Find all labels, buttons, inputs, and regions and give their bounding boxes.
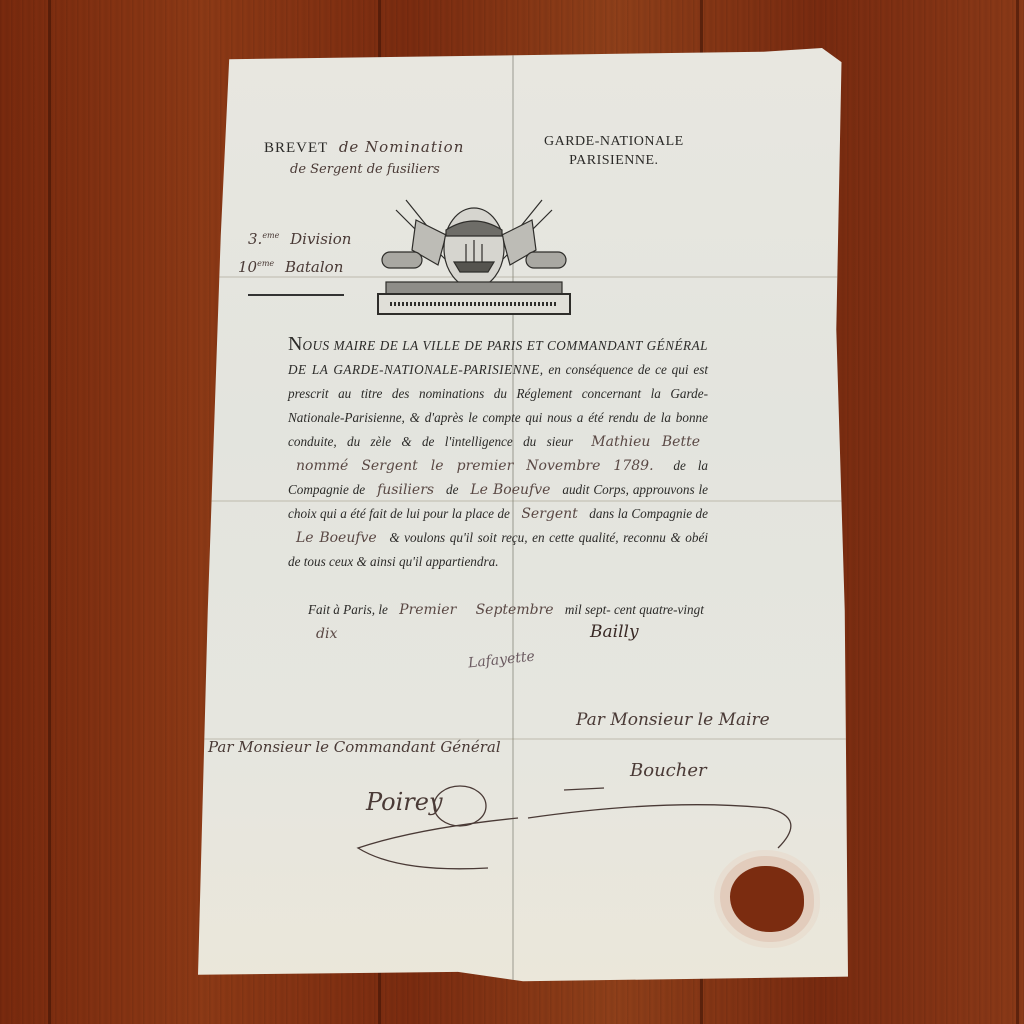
division-line: 3.eme Division [248, 230, 351, 248]
dating-mid: mil sept- cent quatre-vingt [565, 602, 704, 617]
company-field: fusiliers [369, 482, 442, 498]
garde-nationale-header: GARDE-NATIONALE PARISIENNE. [544, 132, 684, 170]
brevet-handwritten-2: de Sergent de fusiliers [290, 162, 440, 177]
plank-gap [1016, 0, 1019, 1024]
par-commandant-general: Par Monsieur le Commandant Général [208, 738, 501, 756]
signature-bailly: Bailly [590, 622, 639, 642]
document-sheet: BREVET de Nomination de Sergent de fusil… [198, 48, 848, 986]
header-line-2: PARISIENNE. [544, 151, 684, 170]
division-label: Division [290, 230, 351, 248]
unit-underline [248, 294, 344, 296]
plank-gap [48, 0, 51, 1024]
appointed-field: nommé Sergent le premier Novembre 1789. [288, 458, 662, 474]
body-paragraph-5: dans la Compagnie de [589, 506, 708, 521]
month-field: Septembre [468, 602, 562, 618]
division-number: 3. [248, 230, 262, 248]
signature-flourish-icon [338, 778, 818, 878]
battalion-line: 10eme Batalon [238, 258, 343, 276]
signature-lafayette: Lafayette [467, 649, 535, 672]
header-line-1: GARDE-NATIONALE [544, 132, 684, 151]
captain-field: Le Boeufve [462, 482, 558, 498]
division-sup: eme [262, 231, 279, 240]
body-paragraph-3: de [446, 482, 458, 497]
name-field: Mathieu Bette [583, 434, 708, 450]
seal-hole [730, 866, 804, 932]
battalion-sup: eme [257, 259, 274, 268]
dating-prefix: Fait à Paris, le [308, 602, 388, 617]
dating-line: Fait à Paris, le Premier Septembre mil s… [308, 598, 708, 646]
captain-field-2: Le Boeufve [288, 530, 385, 546]
drop-letter: N [288, 333, 302, 355]
year-field: dix [308, 626, 345, 642]
brevet-handwritten-1: de Nomination [339, 138, 465, 156]
battalion-number: 10 [238, 258, 257, 276]
brevet-printed: BREVET [264, 140, 328, 156]
brevet-title: BREVET de Nomination [264, 138, 464, 157]
day-field: Premier [391, 602, 464, 618]
par-monsieur-le-maire: Par Monsieur le Maire [576, 710, 770, 730]
document-body: NOUS MAIRE DE LA VILLE DE PARIS ET COMMA… [288, 332, 708, 574]
rank-field: Sergent [513, 506, 585, 522]
paris-coat-of-arms-icon [376, 190, 572, 316]
battalion-label: Batalon [285, 258, 343, 276]
